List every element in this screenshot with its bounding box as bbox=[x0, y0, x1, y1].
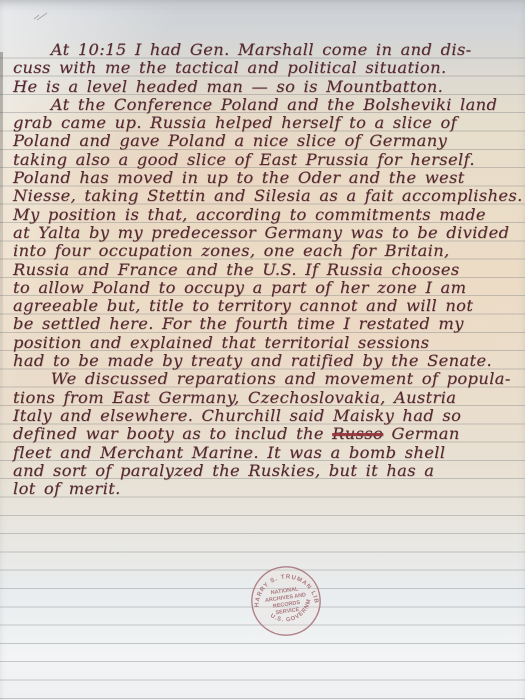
handwritten-line: lot of merit. bbox=[13, 480, 525, 498]
handwritten-line: He is a level headed man — so is Mountba… bbox=[13, 78, 525, 96]
handwritten-line: taking also a good slice of East Prussia… bbox=[13, 151, 525, 169]
struck-word: Russo bbox=[332, 425, 383, 443]
handwritten-line: Niesse, taking Stettin and Silesia as a … bbox=[13, 187, 525, 205]
scan-edge-shadow bbox=[0, 52, 3, 422]
handwritten-line: grab came up. Russia helped herself to a… bbox=[13, 114, 525, 132]
handwritten-line: agreeable but, title to territory cannot… bbox=[13, 297, 525, 315]
pencil-scribble-mark bbox=[33, 9, 49, 19]
handwritten-line: Russia and France and the U.S. If Russia… bbox=[13, 261, 525, 279]
handwritten-line: At the Conference Poland and the Bolshev… bbox=[13, 96, 525, 114]
handwritten-line: Poland and gave Poland a nice slice of G… bbox=[13, 132, 525, 150]
line-text-before-strike: defined war booty as to includ the bbox=[13, 425, 332, 443]
handwritten-line: into four occupation zones, one each for… bbox=[13, 242, 525, 260]
handwritten-line: Poland has moved in up to the Oder and t… bbox=[13, 169, 525, 187]
archive-stamp: HARRY S. TRUMAN LIBRARY U.S. GOVERNMENT … bbox=[242, 555, 331, 647]
handwritten-line: to allow Poland to occupy a part of her … bbox=[13, 279, 525, 297]
handwritten-line: Italy and elsewhere. Churchill said Mais… bbox=[13, 407, 525, 425]
handwritten-line: position and explained that territorial … bbox=[13, 334, 525, 352]
handwritten-text: At 10:15 I had Gen. Marshall come in and… bbox=[13, 41, 525, 498]
handwritten-line: had to be made by treaty and ratified by… bbox=[13, 352, 525, 370]
handwritten-line: fleet and Merchant Marine. It was a bomb… bbox=[13, 444, 525, 462]
handwritten-line: We discussed reparations and movement of… bbox=[13, 370, 525, 388]
handwritten-line: tions from East Germany, Czechoslovakia,… bbox=[13, 389, 525, 407]
handwritten-line-with-strikeout: defined war booty as to includ the Russo… bbox=[13, 425, 525, 443]
handwritten-line: My position is that, according to commit… bbox=[13, 206, 525, 224]
handwritten-line: and sort of paralyzed the Ruskies, but i… bbox=[13, 462, 525, 480]
handwritten-line: at Yalta by my predecessor Germany was t… bbox=[13, 224, 525, 242]
handwritten-line: be settled here. For the fourth time I r… bbox=[13, 315, 525, 333]
line-text-after-strike: German bbox=[383, 425, 460, 443]
diary-page: At 10:15 I had Gen. Marshall come in and… bbox=[0, 0, 525, 700]
handwritten-line: cuss with me the tactical and political … bbox=[13, 59, 525, 77]
handwritten-line: At 10:15 I had Gen. Marshall come in and… bbox=[13, 41, 525, 59]
